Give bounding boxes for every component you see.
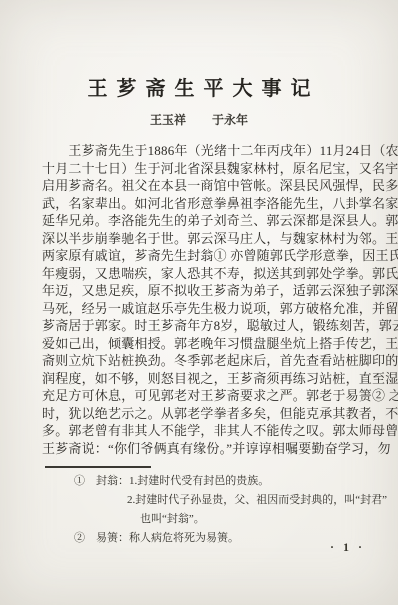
body-line: 深以半步崩拳驰名于世。郭云深马庄人，与魏家林村为邻。王郭	[42, 230, 363, 248]
body-line: 斋则立炕下站桩换劲。冬季郭老起床后，首先查看站桩脚印的湿	[42, 352, 363, 370]
footnote-line: ② 易箦：称人病危将死为易箦。	[74, 529, 366, 548]
footnote-line: ① 封翁：1.封建时代受有封邑的贵族。	[74, 472, 366, 491]
body-line: 启用芗斋名。祖父在本县一商馆中管帐。深县民风强悍，民多习	[42, 177, 363, 195]
body-line: 充足方可休息，可见郭老对王芗斋要求之严。郭老于易箦② 之	[42, 387, 363, 405]
body-line: 芗斋居于郭家。时王芗斋年方8岁，聪敏过人，锻练刻苦，郭云深	[42, 317, 363, 335]
footnote-line: 也叫“封翁”。	[140, 510, 366, 529]
footnote-divider	[45, 466, 151, 468]
body-line: 马死，经另一戚谊赵乐亭先生极力说项，郭方破格允准，并留王	[42, 300, 363, 318]
page-title: 王芗斋生平大事记	[0, 72, 398, 101]
body-line: 十月二十七日）生于河北省深县魏家林村，原名尼宝，又名宇僧，后	[42, 160, 363, 178]
footnote-line: 2.封建时代子孙显贵，父、祖因而受封典的，叫“封君”	[127, 491, 366, 510]
page-number: · 1 ·	[330, 540, 365, 555]
body-line: 润程度，如不够，则怒目视之，王芗斋须再练习站桩，直至湿度	[42, 370, 363, 388]
footnotes-block: ① 封翁：1.封建时代受有封邑的贵族。 2.封建时代子孙显贵，父、祖因而受封典的…	[74, 472, 366, 548]
body-line: 时，犹以绝艺示之。从郭老学拳者多矣，但能克承其教者，不	[42, 405, 363, 423]
body-line: 王芗斋说：“你们爷俩真有缘份。”并谆谆相嘱要勤奋学习，勿	[42, 440, 363, 458]
body-line: 武，名家辈出。如河北省形意拳鼻祖李洛能先生，八卦掌名家程	[42, 195, 363, 213]
scanned-book-page: 王芗斋生平大事记 王玉祥于永年 王芗斋先生于1886年（光绪十二年丙戌年）11月…	[0, 0, 398, 605]
body-line: 多。郭老曾有非其人不能学，非其人不能传之叹。郭太师母曾对	[42, 422, 363, 440]
body-line: 年瘦弱，又患喘疾，家人恐其不寿，拟送其到郭处学拳。郭氏因	[42, 265, 363, 283]
body-line: 年迈，又患足疾，原不拟收王芗斋为弟子，适郭云深独子郭深堕	[42, 282, 363, 300]
body-paragraph: 王芗斋先生于1886年（光绪十二年丙戌年）11月24日（农历 十月二十七日）生于…	[42, 142, 363, 457]
body-line: 爱如己出，倾囊相授。郭老晚年习惯盘腿坐炕上搭手传艺，王芗	[42, 335, 363, 353]
body-line: 两家原有戚谊，芗斋先生封翁① 亦曾随郭氏学形意拳，因王氏幼	[42, 247, 363, 265]
author-line: 王玉祥于永年	[0, 111, 398, 128]
author-name: 于永年	[212, 111, 248, 128]
body-line: 延华兄弟。李洛能先生的弟子刘奇兰、郭云深都是深县人。郭云	[42, 212, 363, 230]
author-name: 王玉祥	[150, 111, 186, 128]
body-line: 王芗斋先生于1886年（光绪十二年丙戌年）11月24日（农历	[42, 142, 363, 160]
